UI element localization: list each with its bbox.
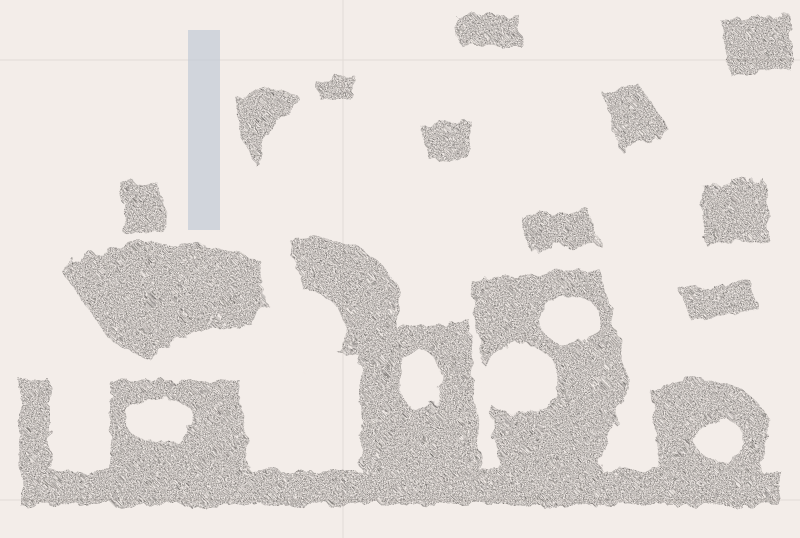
rubbing-artwork xyxy=(0,0,800,538)
ink-rubbing-photo xyxy=(0,0,800,538)
